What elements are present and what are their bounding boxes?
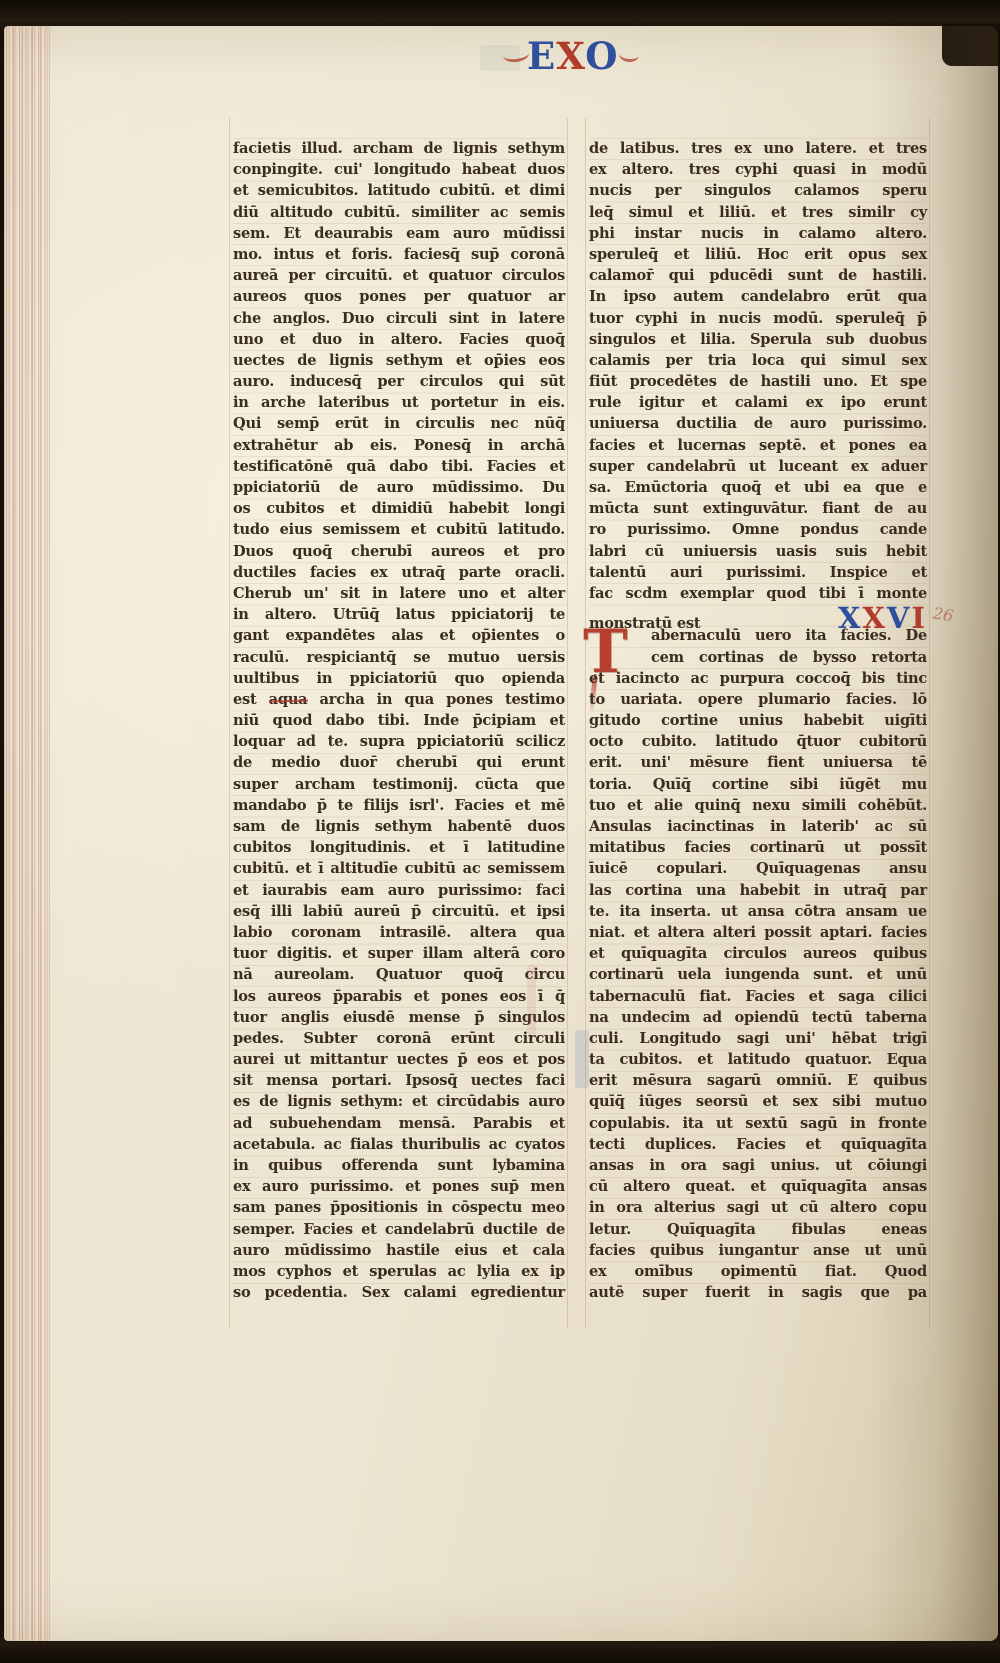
- text-line: ex altero. tres cyphi quasi in modū: [589, 159, 927, 180]
- text-line: sem. Et deaurabis eam auro mūdissi: [233, 223, 565, 244]
- text-line: che anglos. Duo circuli sint in latere: [233, 308, 565, 329]
- text-line: phi instar nucis in calamo altero.: [589, 223, 927, 244]
- running-title-letter: E: [527, 34, 556, 78]
- text-line: cem cortinas de bysso retorta: [589, 647, 927, 668]
- text-line: ductiles facies ex utraq̄ parte oracli.: [233, 562, 565, 583]
- text-line: de latibus. tres ex uno latere. et tres: [589, 138, 927, 159]
- text-line: calamis per tria loca qui simul sex: [589, 350, 927, 371]
- text-line: calamor̄ qui pducēdi sunt de hastili.: [589, 265, 927, 286]
- text-line: talentū auri purissimi. Inspice et: [589, 562, 927, 583]
- ruling-guide-line: [229, 118, 230, 1328]
- text-line: raculū. respiciantq̄ se mutuo uersis: [233, 647, 565, 668]
- text-line: ansas in ora sagi unius. ut cōiungi: [589, 1155, 927, 1176]
- text-line: octo cubito. latitudo q̄tuor cubitorū: [589, 731, 927, 752]
- text-line: et iaurabis eam auro purissimo: faci: [233, 880, 565, 901]
- text-line: Tabernaculū uero ita facies. De: [589, 625, 927, 646]
- text-line: uultibus in ppiciatoriū quo opienda: [233, 668, 565, 689]
- text-line: so pcedentia. Sex calami egredientur: [233, 1282, 565, 1303]
- text-line: Cherub un' sit in latere uno et alter: [233, 583, 565, 604]
- text-line: facietis illud. archam de lignis sethym: [233, 138, 565, 159]
- text-line: cubitos longitudinis. et ī latitudine: [233, 837, 565, 858]
- text-line: auro mūdissimo hastile eius et cala: [233, 1240, 565, 1261]
- text-line: tuor digitis. et super illam alterā coro: [233, 943, 565, 964]
- text-line: tudo eius semissem et cubitū latitudo.: [233, 519, 565, 540]
- text-line: ad subuehendam mensā. Parabis et: [233, 1113, 565, 1134]
- text-line: pedes. Subter coronā erūnt circuli: [233, 1028, 565, 1049]
- text-line: toria. Quīq̄ cortine sibi iūgēt mu: [589, 774, 927, 795]
- text-line: aurei ut mittantur uectes p̄ eos et pos: [233, 1049, 565, 1070]
- text-line: culi. Longitudo sagi uni' hēbat trigī: [589, 1028, 927, 1049]
- text-line: sam panes p̄positionis in cōspectu meo: [233, 1197, 565, 1218]
- text-line: os cubitos et dimidiū habebit longi: [233, 498, 565, 519]
- text-column-left: facietis illud. archam de lignis sethymc…: [233, 138, 565, 1303]
- text-line: de medio duor̄ cherubī qui erunt: [233, 752, 565, 773]
- text-line: ppiciatoriū de auro mūdissimo. Du: [233, 477, 565, 498]
- text-line: extrahētur ab eis. Ponesq̄ in archā: [233, 435, 565, 456]
- text-line: singulos et lilia. Sperula sub duobus: [589, 329, 927, 350]
- text-line: in quibus offerenda sunt lybamina: [233, 1155, 565, 1176]
- text-line: speruleq̄ et liliū. Hoc erit opus sex: [589, 244, 927, 265]
- text-line: In ipso autem candelabro erūt qua: [589, 286, 927, 307]
- text-line: gant expandētes alas et op̄ientes o: [233, 625, 565, 646]
- text-line: Ansulas iacinctinas in laterib' ac sū: [589, 816, 927, 837]
- page-stack-fore-edge: [4, 26, 50, 1641]
- ruling-guide-line: [585, 118, 586, 1328]
- text-line: to uariata. opere plumario facies. lō: [589, 689, 927, 710]
- text-line: quīq̄ iūges seorsū et sex sibi mutuo: [589, 1091, 927, 1112]
- text-line: los aureos p̄parabis et pones eos ī q̄: [233, 986, 565, 1007]
- text-line: semper. Facies et candelabrū ductile de: [233, 1219, 565, 1240]
- text-line: es de lignis sethym: et circūdabis auro: [233, 1091, 565, 1112]
- text-line: in altero. Utrūq̄ latus ppiciatorij te: [233, 604, 565, 625]
- ruling-guide-line: [929, 118, 930, 1328]
- text-line: labri cū uniuersis uasis suis hebit: [589, 541, 927, 562]
- text-line: et quīquagīta circulos aureos quibus: [589, 943, 927, 964]
- text-line: monstratū estXXVI: [589, 604, 927, 625]
- text-line: est aqua archa in qua pones testimo: [233, 689, 565, 710]
- text-line: niū quod dabo tibi. Inde p̄cipiam et: [233, 710, 565, 731]
- text-line: labio coronam intrasilē. altera qua: [233, 922, 565, 943]
- text-line: uno et duo in altero. Facies quoq̄: [233, 329, 565, 350]
- pen-flourish-icon: [502, 45, 530, 63]
- text-line: leq̄ simul et liliū. et tres similr cy: [589, 202, 927, 223]
- margin-note: 26: [932, 604, 955, 626]
- text-line: ta cubitos. et latitudo quatuor. Equa: [589, 1049, 927, 1070]
- text-line: facies et lucernas septē. et pones ea: [589, 435, 927, 456]
- text-line: in arche lateribus ut portetur in eis.: [233, 392, 565, 413]
- text-line: niat. et altera alteri possit aptari. fa…: [589, 922, 927, 943]
- text-line: sa. Emūctoria quoq̄ et ubi ea que e: [589, 477, 927, 498]
- text-line: Qui semp̄ erūt in circulis nec nūq̄: [233, 413, 565, 434]
- text-line: mitatibus facies cortinarū ut possīt: [589, 837, 927, 858]
- text-line: uniuersa ductilia de auro purissimo.: [589, 413, 927, 434]
- running-title: EXO: [505, 38, 635, 75]
- text-line: ex auro purissimo. et pones sup̄ men: [233, 1176, 565, 1197]
- text-line: mandabo p̄ te filijs isrl'. Facies et mē: [233, 795, 565, 816]
- ruling-guide-line: [567, 118, 568, 1328]
- running-title-letter: X: [556, 34, 585, 78]
- text-line: gitudo cortine unius habebit uigīti: [589, 710, 927, 731]
- text-line: in ora alterius sagi ut cū altero copu: [589, 1197, 927, 1218]
- text-line: sam de lignis sethym habentē duos: [233, 816, 565, 837]
- text-line: erit. uni' mēsure fient uniuersa tē: [589, 752, 927, 773]
- text-line: conpingite. cui' longitudo habeat duos: [233, 159, 565, 180]
- text-line: aureos quos pones per quatuor ar: [233, 286, 565, 307]
- text-line: nā aureolam. Quatuor quoq̄ circu: [233, 964, 565, 985]
- text-line: diū altitudo cubitū. similiter ac semis: [233, 202, 565, 223]
- text-line: cortinarū uela iungenda sunt. et unū: [589, 964, 927, 985]
- text-line: facies quibus iungantur anse ut unū: [589, 1240, 927, 1261]
- text-line: cubitū. et ī altitudīe cubitū ac semisse…: [233, 858, 565, 879]
- text-line: tuor anglis eiusdē mense p̄ singulos: [233, 1007, 565, 1028]
- text-line: ro purissimo. Omne pondus cande: [589, 519, 927, 540]
- running-title-letters: EXO: [527, 38, 619, 75]
- text-line: rule igitur et calami ex ipo erunt: [589, 392, 927, 413]
- text-line: cū altero queat. et quīquagīta ansas: [589, 1176, 927, 1197]
- text-column-right: de latibus. tres ex uno latere. et trese…: [589, 138, 927, 1303]
- text-line: uectes de lignis sethym et op̄ies eos: [233, 350, 565, 371]
- text-line: sit mensa portari. Ipsosq̄ uectes faci: [233, 1070, 565, 1091]
- text-line: auro. inducesq̄ per circulos qui sūt: [233, 371, 565, 392]
- text-line: tabernaculū fiat. Facies et saga cilici: [589, 986, 927, 1007]
- running-title-letter: O: [585, 34, 618, 78]
- expunged-word: aqua: [269, 691, 308, 708]
- text-line: ex omībus opimentū fiat. Quod: [589, 1261, 927, 1282]
- text-line: mo. intus et foris. faciesq̄ sup̄ coronā: [233, 244, 565, 265]
- text-line: acetabula. ac fialas thuribulis ac cyato…: [233, 1134, 565, 1155]
- text-line: letur. Quīquagīta fibulas eneas: [589, 1219, 927, 1240]
- text-line: tuor cyphi in nucis modū. speruleq̄ p̄: [589, 308, 927, 329]
- text-line: mos cyphos et sperulas ac lylia ex ip: [233, 1261, 565, 1282]
- text-line: fiūt procedētes de hastili uno. Et spe: [589, 371, 927, 392]
- text-line: copulabis. ita ut sextū sagū in fronte: [589, 1113, 927, 1134]
- text-line: super candelabrū ut luceant ex aduer: [589, 456, 927, 477]
- text-line: Duos quoq̄ cherubī aureos et pro: [233, 541, 565, 562]
- text-line: na undecim ad opiendū tectū taberna: [589, 1007, 927, 1028]
- text-line: tecti duplices. Facies et quīquagīta: [589, 1134, 927, 1155]
- text-line: loquar ad te. supra ppiciatoriū scilicz: [233, 731, 565, 752]
- text-line: te. ita inserta. ut ansa cōtra ansam ue: [589, 901, 927, 922]
- manuscript-photo: EXO facietis illud. archam de lignis set…: [0, 0, 1000, 1663]
- text-line: esq̄ illi labiū aureū p̄ circuitū. et ip…: [233, 901, 565, 922]
- text-line: mūcta sunt extinguvātur. fiant de au: [589, 498, 927, 519]
- text-line: super archam testimonij. cūcta que: [233, 774, 565, 795]
- text-line: nucis per singulos calamos speru: [589, 180, 927, 201]
- text-line: et semicubitos. latitudo cubitū. et dimi: [233, 180, 565, 201]
- text-line: tuo et alie quinq̄ nexu simili cohēbūt.: [589, 795, 927, 816]
- text-line: et iacincto ac purpura coccoq̄ bis tinc: [589, 668, 927, 689]
- text-line: testificatōnē quā dabo tibi. Facies et: [233, 456, 565, 477]
- text-line: aureā per circuitū. et quatuor circulos: [233, 265, 565, 286]
- text-line: autē super fuerit in sagis que pa: [589, 1282, 927, 1303]
- text-line: īuicē copulari. Quīquagenas ansu: [589, 858, 927, 879]
- text-line: erit mēsura sagarū omniū. E quibus: [589, 1070, 927, 1091]
- text-line: las cortina una habebit in utraq̄ par: [589, 880, 927, 901]
